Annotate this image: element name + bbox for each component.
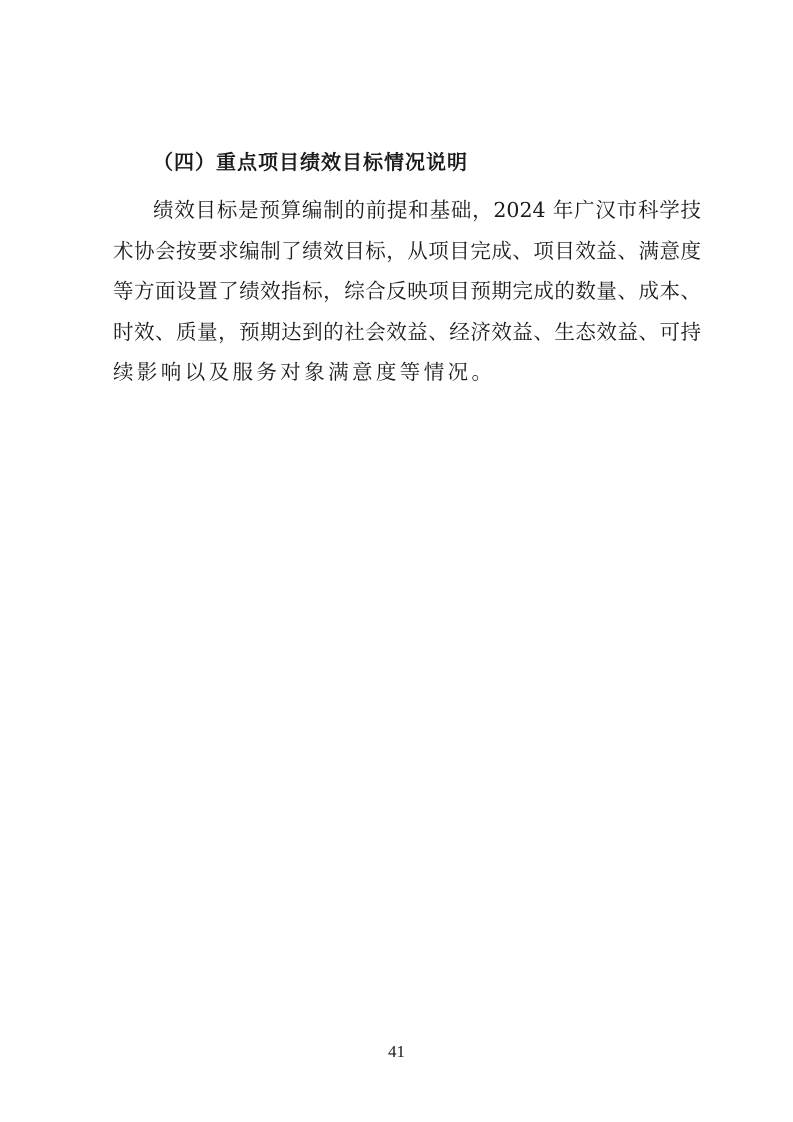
section-heading: （四）重点项目绩效目标情况说明: [153, 148, 468, 176]
section-paragraph: 绩效目标是预算编制的前提和基础，2024 年广汉市科学技 术协会按要求编制了绩效…: [113, 190, 701, 393]
page-number: 41: [0, 1042, 793, 1062]
paragraph-line: 续影响以及服务对象满意度等情况。: [113, 352, 701, 393]
document-page: （四）重点项目绩效目标情况说明 绩效目标是预算编制的前提和基础，2024 年广汉…: [0, 0, 793, 1122]
paragraph-line: 绩效目标是预算编制的前提和基础，2024 年广汉市科学技: [113, 190, 701, 231]
paragraph-line: 等方面设置了绩效指标，综合反映项目预期完成的数量、成本、: [113, 271, 701, 312]
paragraph-line: 时效、质量，预期达到的社会效益、经济效益、生态效益、可持: [113, 312, 701, 353]
paragraph-line: 术协会按要求编制了绩效目标，从项目完成、项目效益、满意度: [113, 231, 701, 272]
